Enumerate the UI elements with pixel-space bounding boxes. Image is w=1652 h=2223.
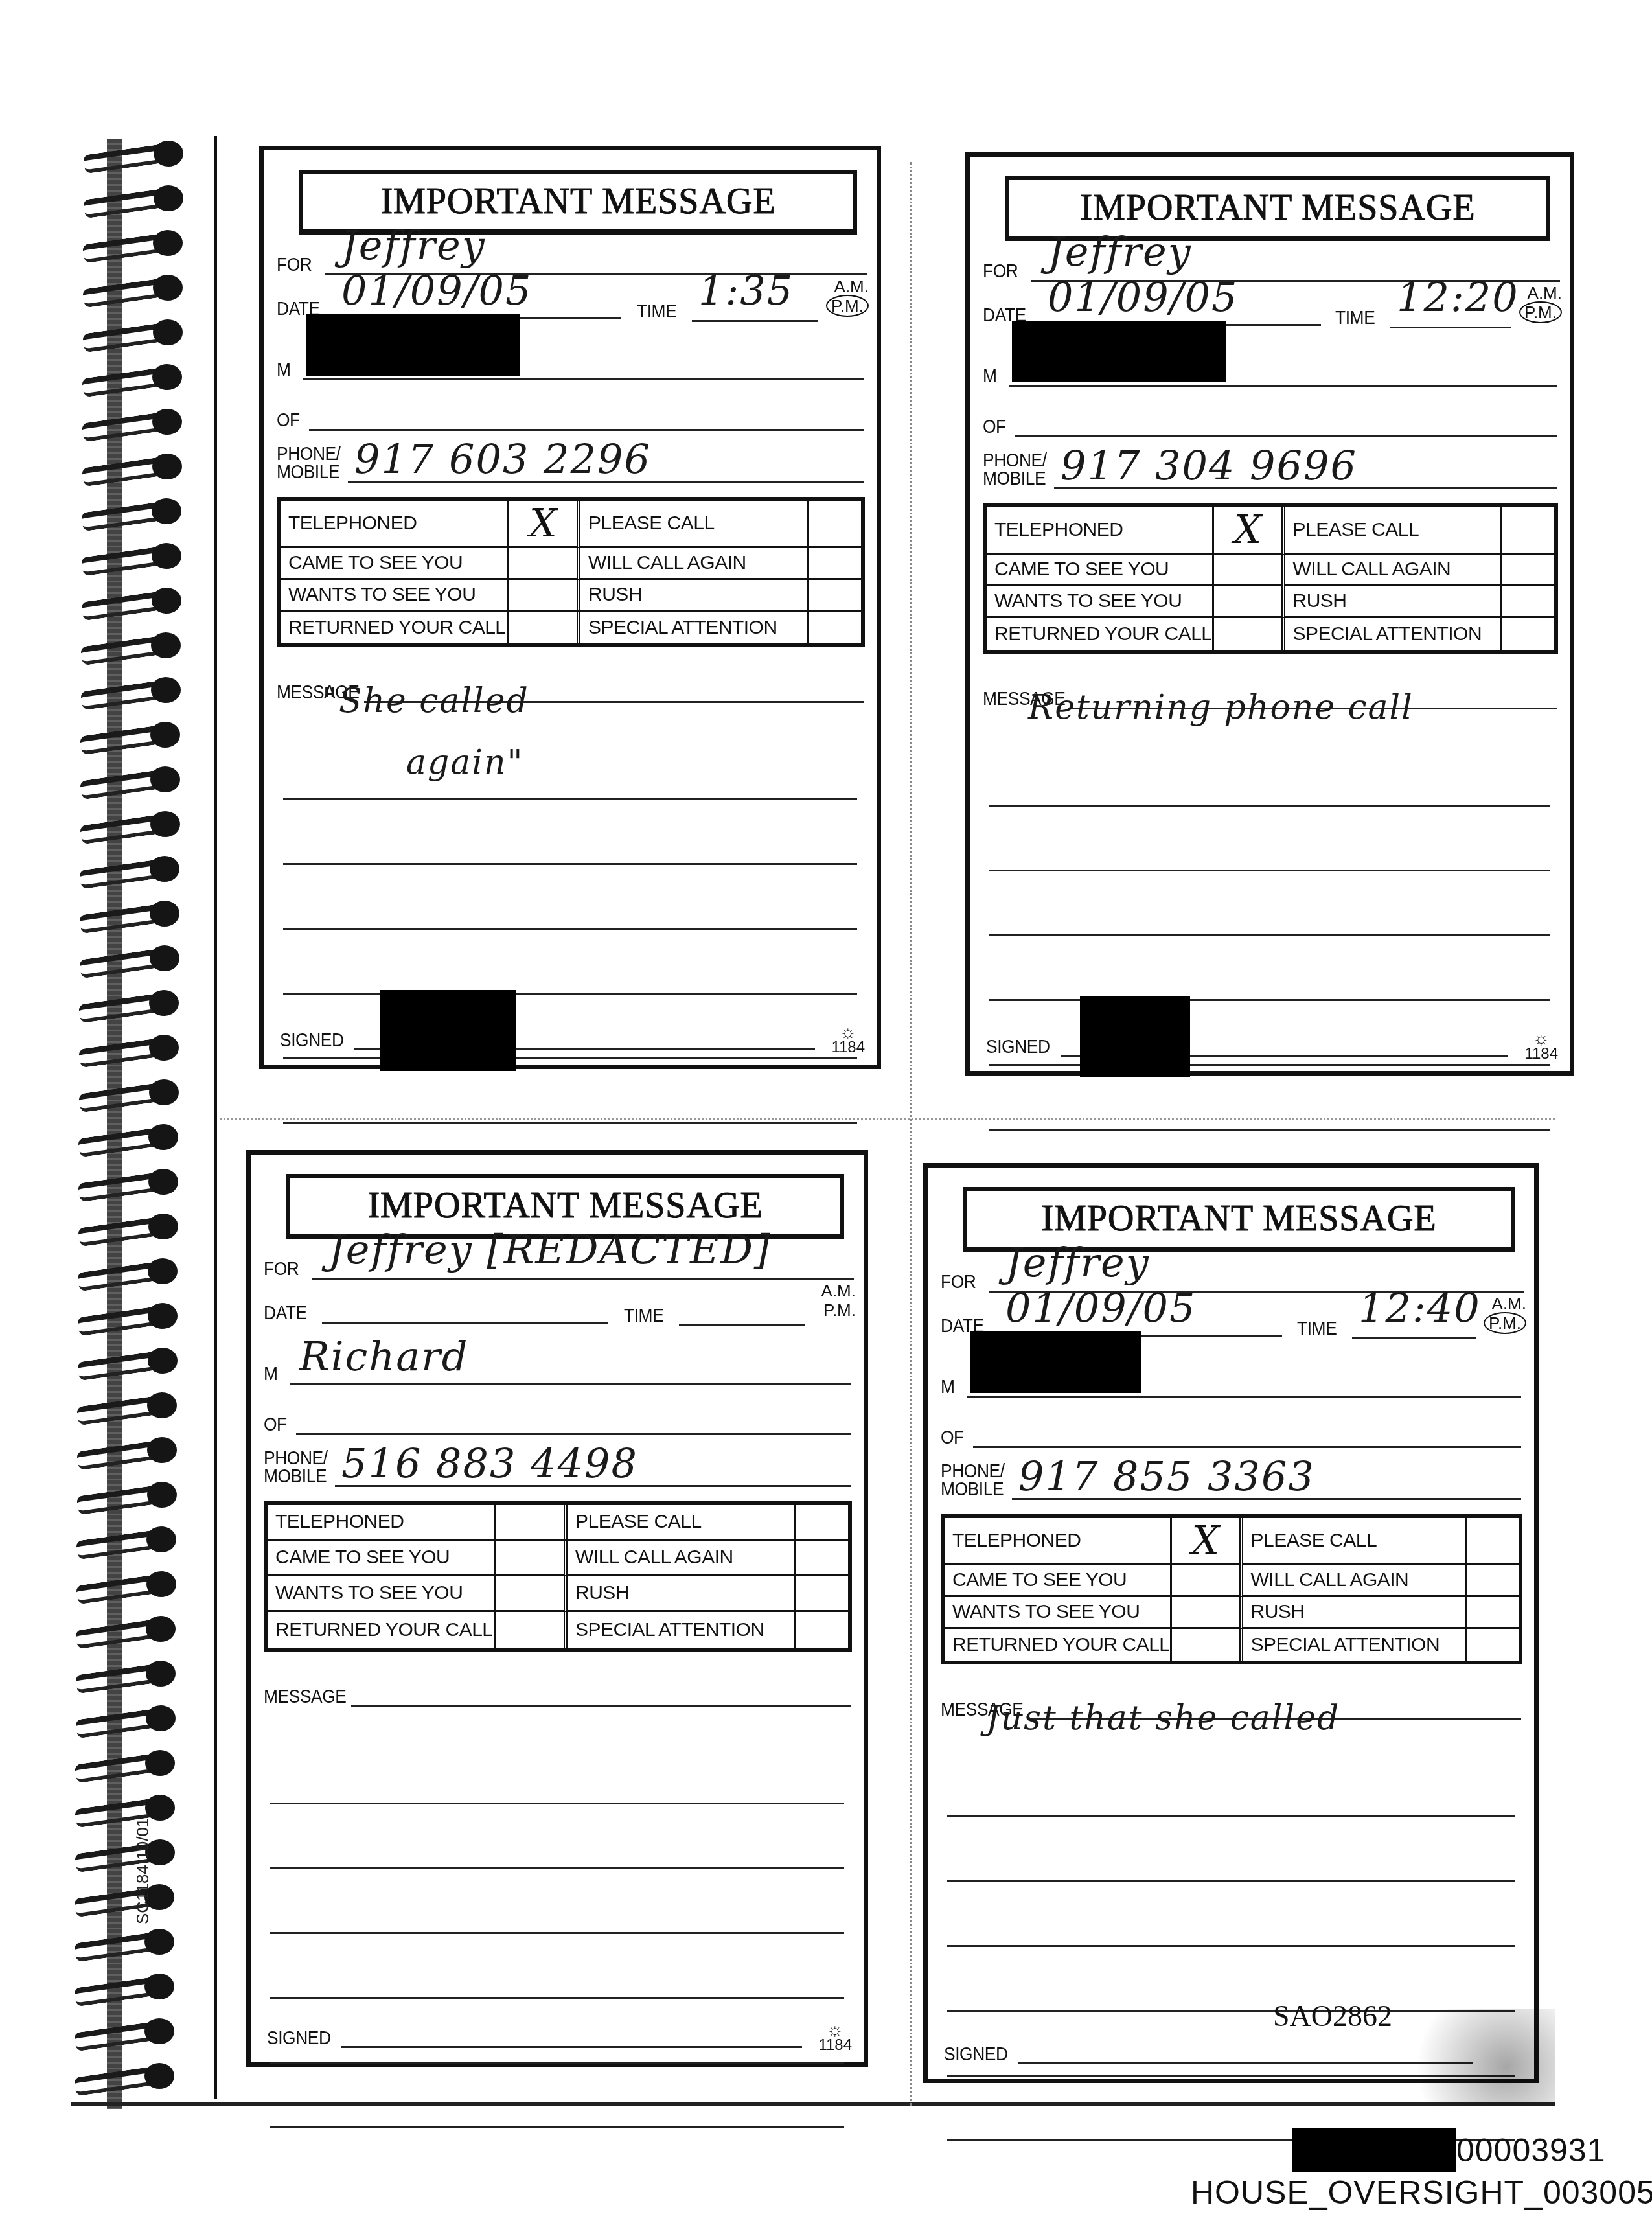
spiral-binding	[68, 139, 191, 2109]
message-line	[283, 928, 857, 930]
checkbox-special-attention[interactable]	[1502, 618, 1554, 650]
checkbox-came-to-see-you[interactable]	[509, 548, 580, 580]
checkbox-label: TELEPHONED	[945, 1518, 1172, 1565]
spiral-ring	[74, 720, 190, 750]
checkbox-label: SPECIAL ATTENTION	[1243, 1629, 1467, 1661]
checkbox-returned-your-call[interactable]	[1172, 1629, 1243, 1661]
of-label: OF	[277, 409, 300, 432]
message-line	[283, 798, 857, 800]
time-line	[679, 1324, 805, 1326]
checkbox-will-call-again[interactable]	[809, 548, 861, 580]
perforation-vertical	[910, 162, 912, 2106]
message-line	[947, 1815, 1515, 1817]
checkbox-label: WILL CALL AGAIN	[580, 548, 809, 580]
checkbox-label: WANTS TO SEE YOU	[268, 1576, 496, 1612]
message-line	[947, 1880, 1515, 1882]
message-line	[947, 1945, 1515, 1947]
phone-label: PHONE/MOBILE	[264, 1449, 328, 1486]
redaction-bar	[1292, 2128, 1456, 2172]
page-edge	[214, 136, 217, 2099]
checkbox-label: RUSH	[580, 580, 809, 612]
checkbox-telephoned[interactable]: X	[1172, 1518, 1243, 1565]
checkbox-will-call-again[interactable]	[1467, 1565, 1519, 1597]
spiral-ring	[76, 408, 192, 437]
spiral-ring	[77, 184, 194, 214]
checkbox-label: CAME TO SEE YOU	[281, 548, 509, 580]
am-pm-indicator: A.M. P.M.	[1519, 283, 1562, 322]
spiral-ring	[70, 1525, 187, 1555]
checkbox-grid: TELEPHONEDXPLEASE CALLCAME TO SEE YOUWIL…	[277, 497, 865, 647]
spiral-ring	[72, 1168, 189, 1197]
of-line	[1015, 435, 1557, 437]
checkbox-rush[interactable]	[796, 1576, 848, 1612]
signed-label: SIGNED	[280, 1030, 344, 1052]
checkbox-label: TELEPHONED	[281, 501, 509, 548]
checkbox-label: RUSH	[1285, 586, 1502, 618]
message-text[interactable]: "She called	[322, 682, 529, 720]
time-label: TIME	[1335, 307, 1375, 329]
spiral-ring	[75, 586, 192, 616]
for-value[interactable]: Jeffrey	[1005, 1239, 1150, 1286]
time-line	[1352, 1337, 1476, 1339]
checkbox-label: SPECIAL ATTENTION	[568, 1612, 796, 1648]
for-label: FOR	[983, 260, 1018, 282]
spiral-ring	[74, 765, 190, 795]
spiral-ring	[75, 631, 191, 661]
message-card-top-left: IMPORTANT MESSAGE FOR Jeffrey DATE 01/09…	[259, 146, 881, 1069]
message-line	[283, 993, 857, 995]
checkbox-label: CAME TO SEE YOU	[268, 1541, 496, 1576]
message-card-bottom-right: IMPORTANT MESSAGE FOR Jeffrey DATE 01/09…	[923, 1163, 1539, 2083]
check-mark: X	[1233, 507, 1261, 553]
date-value[interactable]: 01/09/05	[1048, 273, 1238, 321]
checkbox-wants-to-see-you[interactable]	[509, 580, 580, 612]
checkbox-rush[interactable]	[1502, 586, 1554, 618]
for-label: FOR	[941, 1271, 976, 1293]
form-number: ☼1184	[831, 1024, 865, 1055]
scan-noise	[1393, 2009, 1555, 2106]
checkbox-label: RETURNED YOUR CALL	[987, 618, 1214, 650]
signed-line	[341, 2046, 802, 2048]
manufacturer-logo-icon: ☼	[831, 1024, 865, 1040]
message-card-bottom-left: IMPORTANT MESSAGE FOR Jeffrey [REDACTED]…	[246, 1150, 868, 2067]
checkbox-grid: TELEPHONEDXPLEASE CALLCAME TO SEE YOUWIL…	[941, 1514, 1522, 1664]
checkbox-telephoned[interactable]	[496, 1505, 568, 1541]
time-line	[692, 320, 818, 322]
checkbox-label: RETURNED YOUR CALL	[945, 1629, 1172, 1661]
checkbox-came-to-see-you[interactable]	[1214, 555, 1285, 586]
redaction-bar	[1012, 321, 1226, 382]
check-mark: X	[1191, 1518, 1219, 1563]
checkbox-special-attention[interactable]	[1467, 1629, 1519, 1661]
spiral-ring	[76, 452, 192, 482]
redaction-bar	[306, 314, 520, 376]
check-mark: X	[529, 501, 556, 546]
checkbox-label: WANTS TO SEE YOU	[987, 586, 1214, 618]
manufacturer-logo-icon: ☼	[1524, 1031, 1558, 1046]
message-line	[270, 1932, 844, 1934]
spiral-ring	[73, 1078, 189, 1108]
checkbox-wants-to-see-you[interactable]	[1172, 1597, 1243, 1629]
spiral-ring	[73, 899, 190, 929]
checkbox-wants-to-see-you[interactable]	[1214, 586, 1285, 618]
spiral-ring	[74, 810, 190, 840]
message-line	[989, 805, 1550, 807]
spiral-ring	[69, 1838, 185, 1868]
message-line	[989, 1064, 1550, 1066]
checkbox-label: PLEASE CALL	[568, 1505, 796, 1541]
time-label: TIME	[637, 301, 676, 323]
time-label: TIME	[1297, 1318, 1337, 1340]
bates-stamp: SAO2862	[1273, 1999, 1392, 2033]
checkbox-label: RUSH	[568, 1576, 796, 1612]
phone-label: PHONE/MOBILE	[277, 445, 341, 481]
spiral-ring	[70, 1570, 187, 1600]
page-edge-bottom	[71, 2102, 1555, 2106]
bates-id: HOUSE_OVERSIGHT_003005	[1191, 2174, 1652, 2211]
spiral-ring	[73, 989, 189, 1019]
signed-label: SIGNED	[944, 2044, 1008, 2066]
spiral-ring	[72, 1123, 189, 1153]
spiral-ring	[71, 1436, 187, 1466]
message-line	[270, 1803, 844, 1804]
phone-value[interactable]: 917 304 9696	[1061, 442, 1357, 489]
for-line	[312, 1278, 854, 1280]
form-number: ☼1184	[818, 2022, 852, 2053]
checkbox-label: WILL CALL AGAIN	[568, 1541, 796, 1576]
message-line	[989, 870, 1550, 871]
of-label: OF	[264, 1414, 287, 1436]
spiral-ring	[72, 1212, 189, 1242]
checkbox-special-attention[interactable]	[796, 1612, 848, 1648]
checkbox-label: WANTS TO SEE YOU	[945, 1597, 1172, 1629]
checkbox-label: WILL CALL AGAIN	[1285, 555, 1502, 586]
redaction-bar	[380, 990, 516, 1071]
m-line	[290, 1383, 851, 1385]
message-line	[989, 1129, 1550, 1131]
checkbox-label: PLEASE CALL	[1285, 507, 1502, 555]
checkbox-label: WILL CALL AGAIN	[1243, 1565, 1467, 1597]
spiral-ring	[76, 229, 193, 259]
time-line	[1390, 327, 1511, 328]
message-label: MESSAGE	[264, 1686, 346, 1708]
pm-circled: P.M.	[1484, 1312, 1526, 1334]
message-line	[270, 1867, 844, 1869]
of-line	[309, 429, 864, 431]
checkbox-label: CAME TO SEE YOU	[987, 555, 1214, 586]
of-line	[973, 1446, 1521, 1448]
checkbox-grid: TELEPHONEDPLEASE CALLCAME TO SEE YOUWILL…	[264, 1501, 852, 1652]
checkbox-label: RETURNED YOUR CALL	[268, 1612, 496, 1648]
phone-value[interactable]: 917 603 2296	[354, 435, 651, 483]
message-line	[270, 2062, 844, 2064]
checkbox-returned-your-call[interactable]	[1214, 618, 1285, 650]
of-label: OF	[941, 1427, 964, 1449]
message-line	[270, 2126, 844, 2128]
phone-label: PHONE/MOBILE	[941, 1462, 1005, 1499]
spiral-ring	[73, 944, 190, 974]
checkbox-label: PLEASE CALL	[580, 501, 809, 548]
date-value[interactable]: 01/09/05	[341, 267, 532, 314]
checkbox-telephoned[interactable]: X	[509, 501, 580, 548]
spiral-ring	[69, 1659, 186, 1689]
am-pm-indicator: A.M. P.M.	[826, 277, 869, 316]
message-line	[989, 934, 1550, 936]
date-label: DATE	[264, 1302, 307, 1324]
checkbox-label: SPECIAL ATTENTION	[580, 612, 809, 643]
checkbox-wants-to-see-you[interactable]	[496, 1576, 568, 1612]
checkbox-grid: TELEPHONEDXPLEASE CALLCAME TO SEE YOUWIL…	[983, 503, 1558, 654]
message-line	[270, 1997, 844, 1999]
signed-label: SIGNED	[267, 2027, 331, 2049]
message-line	[989, 999, 1550, 1001]
spiral-ring	[71, 1391, 187, 1421]
message-line	[283, 1122, 857, 1124]
spiral-ring	[76, 273, 193, 303]
spiral-ring	[71, 1302, 188, 1331]
spiral-ring	[69, 1615, 186, 1644]
checkbox-label: RUSH	[1243, 1597, 1467, 1629]
spiral-ring	[71, 1480, 187, 1510]
spiral-ring	[73, 855, 190, 884]
time-label: TIME	[624, 1305, 663, 1327]
checkbox-label: SPECIAL ATTENTION	[1285, 618, 1502, 650]
checkbox-please-call[interactable]	[796, 1505, 848, 1541]
for-value[interactable]: Jeffrey [REDACTED]	[328, 1226, 771, 1273]
spiral-ring	[69, 1749, 185, 1779]
checkbox-came-to-see-you[interactable]	[496, 1541, 568, 1576]
m-line	[303, 378, 864, 380]
m-line	[967, 1396, 1521, 1398]
for-value[interactable]: Jeffrey	[341, 222, 486, 269]
spiral-ring	[68, 2062, 185, 2091]
checkbox-label: WANTS TO SEE YOU	[281, 580, 509, 612]
message-text[interactable]: again"	[406, 743, 523, 782]
pm-circled: P.M.	[826, 295, 869, 317]
spiral-ring	[68, 1928, 185, 1957]
spiral-ring	[75, 676, 191, 706]
manufacturer-logo-icon: ☼	[818, 2022, 852, 2038]
message-line	[283, 1057, 857, 1059]
for-value[interactable]: Jeffrey	[1048, 228, 1192, 275]
message-text[interactable]: Returning phone call	[1028, 688, 1414, 727]
spiral-ring	[75, 497, 192, 527]
of-label: OF	[983, 416, 1006, 438]
spiral-ring	[75, 542, 192, 571]
signed-label: SIGNED	[986, 1036, 1050, 1058]
checkbox-please-call[interactable]	[1467, 1518, 1519, 1565]
checkbox-label: TELEPHONED	[987, 507, 1214, 555]
redaction-bar	[970, 1331, 1141, 1393]
checkbox-please-call[interactable]	[1502, 507, 1554, 555]
checkbox-telephoned[interactable]: X	[1214, 507, 1285, 555]
for-label: FOR	[277, 254, 312, 276]
message-card-top-right: IMPORTANT MESSAGE FOR Jeffrey DATE 01/09…	[965, 152, 1574, 1076]
checkbox-came-to-see-you[interactable]	[1172, 1565, 1243, 1597]
message-line	[351, 1705, 851, 1707]
spiral-ring	[77, 139, 194, 169]
phone-value[interactable]: 917 855 3363	[1018, 1453, 1315, 1500]
phone-value[interactable]: 516 883 4498	[341, 1440, 638, 1487]
redaction-bar	[1080, 996, 1190, 1077]
date-line	[322, 1322, 608, 1324]
form-number: ☼1184	[1524, 1031, 1558, 1062]
spiral-ring	[69, 1704, 186, 1734]
message-text[interactable]: Just that she called	[986, 1699, 1340, 1738]
m-label: M	[941, 1376, 955, 1398]
for-label: FOR	[264, 1258, 299, 1280]
pm-circled: P.M.	[1519, 301, 1562, 323]
spiral-ring	[73, 1033, 189, 1063]
spiral-ring	[68, 1883, 185, 1913]
phone-label: PHONE/MOBILE	[983, 452, 1047, 488]
checkbox-label: PLEASE CALL	[1243, 1518, 1467, 1565]
checkbox-label: RETURNED YOUR CALL	[281, 612, 509, 643]
checkbox-special-attention[interactable]	[809, 612, 861, 643]
spiral-form-code: SC1184 10/01	[133, 1818, 153, 1924]
spiral-ring	[76, 363, 192, 393]
spiral-ring	[71, 1346, 188, 1376]
m-label: M	[264, 1363, 278, 1385]
spiral-ring	[68, 2017, 185, 2047]
am-pm-indicator: A.M. P.M.	[1484, 1294, 1526, 1333]
m-label: M	[277, 359, 291, 381]
of-line	[296, 1433, 851, 1435]
spiral-ring	[71, 1257, 188, 1287]
checkbox-label: CAME TO SEE YOU	[945, 1565, 1172, 1597]
m-label: M	[983, 365, 997, 387]
from-value[interactable]: Richard	[299, 1333, 468, 1380]
checkbox-please-call[interactable]	[809, 501, 861, 548]
checkbox-will-call-again[interactable]	[796, 1541, 848, 1576]
spiral-ring	[68, 1972, 185, 2002]
date-value[interactable]: 01/09/05	[1005, 1284, 1196, 1331]
checkbox-returned-your-call[interactable]	[509, 612, 580, 643]
am-pm-indicator: A.M. P.M.	[821, 1281, 856, 1320]
checkbox-rush[interactable]	[809, 580, 861, 612]
time-value[interactable]: 1:35	[698, 267, 794, 314]
checkbox-label: TELEPHONED	[268, 1505, 496, 1541]
spiral-ring	[69, 1793, 185, 1823]
spiral-ring	[76, 318, 193, 348]
time-value[interactable]: 12:20	[1397, 273, 1519, 321]
pm-circled: P.M.	[823, 1300, 856, 1320]
time-value[interactable]: 12:40	[1359, 1284, 1481, 1331]
control-number: 00003931	[1456, 2132, 1605, 2169]
checkbox-returned-your-call[interactable]	[496, 1612, 568, 1648]
m-line	[1009, 385, 1557, 387]
perforation-horizontal	[220, 1118, 1555, 1120]
checkbox-rush[interactable]	[1467, 1597, 1519, 1629]
checkbox-will-call-again[interactable]	[1502, 555, 1554, 586]
message-line	[283, 863, 857, 865]
